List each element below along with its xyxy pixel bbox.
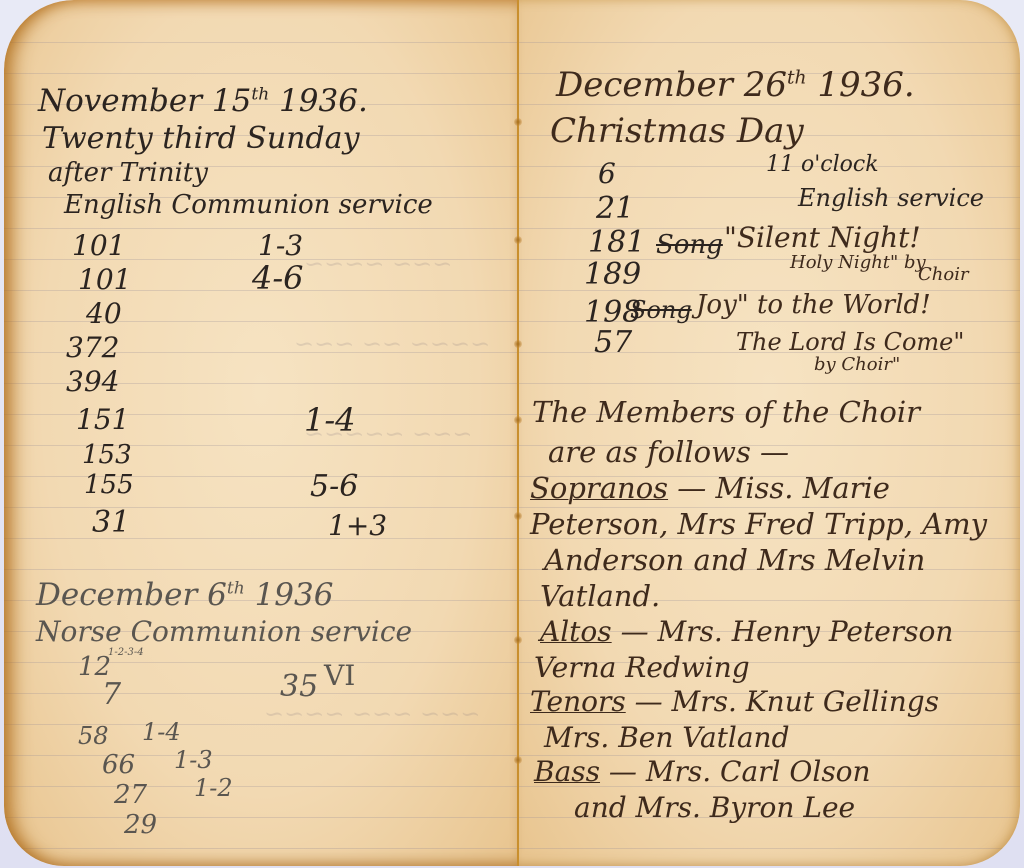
choir-bass: Bass — Mrs. Carl Olson [534,758,871,786]
hymn-verses: 1-2-3-4 [108,648,144,658]
stitch-hole [514,416,522,424]
stitch-hole [514,340,522,348]
spine-thread [517,0,519,866]
hymn-number: 58 [78,724,109,748]
stitch-hole [514,636,522,644]
open-notebook: ~~~ ~~~~ ~~~~ ~~ ~~~ ~~~ ~~~~~ ~~~ ~~~ ~… [4,0,1020,866]
date-text: December 6 [36,577,227,613]
date-suffix: th [251,85,269,105]
hymn-number: 27 [114,782,147,808]
hymn-number: 31 [92,508,130,538]
bleed-through-text: ~~~ ~~~ ~~~~ [264,700,480,728]
song-performer: by Choir" [814,356,900,374]
hymn-verses: 4-6 [252,262,304,294]
left-page: ~~~ ~~~~ ~~~~ ~~ ~~~ ~~~ ~~~~~ ~~~ ~~~ ~… [4,0,518,866]
voice-part-label: Sopranos [530,471,668,505]
hymn-number: 189 [584,260,641,290]
date-year: 1936 [255,577,334,613]
hymn-number: 394 [66,368,119,396]
service-time: 11 o'clock [766,154,879,176]
date-text: December 26 [556,65,787,105]
hymn-verses: 1-3 [174,748,213,772]
hymn-verses: 1-4 [304,404,356,436]
song-title: "Silent Night! [724,224,921,252]
hymn-number: 155 [84,472,134,498]
hymn-verses: 1-3 [258,232,303,260]
hymn-verses: 5-6 [310,472,358,502]
hymn-number: 151 [76,406,129,434]
voice-part-label: Altos [540,615,612,648]
member-names: — Mrs. Knut Gellings [635,685,939,718]
choir-sopranos-2: Peterson, Mrs Fred Tripp, Amy [530,510,987,539]
hymn-number: 101 [72,232,125,260]
hymn-number: 101 [78,266,131,294]
choir-tenors: Tenors — Mrs. Knut Gellings [530,688,939,716]
entry-date-nov-15: November 15th 1936. [38,86,368,117]
song-title-continued: Holy Night" by [790,254,926,272]
choir-intro-2: are as follows — [548,438,789,467]
song-subtitle: The Lord Is Come" [736,330,964,354]
stitch-hole [514,512,522,520]
song-title: Joy" to the World! [696,292,931,318]
song-label-struck: Song [630,298,692,322]
entry-title: Christmas Day [550,114,804,148]
date-suffix: th [787,68,807,89]
entry-subtitle-2: after Trinity [48,160,208,186]
hymn-number: 57 [594,328,632,358]
member-names: — Miss. Marie [677,471,890,505]
service-type: English Communion service [64,192,433,218]
entry-date-dec-26: December 26th 1936. [556,68,915,102]
date-suffix: th [227,579,245,599]
date-text: November 15 [38,83,251,119]
choir-sopranos-3: Anderson and Mrs Melvin [544,546,925,575]
choir-bass-2: and Mrs. Byron Lee [574,794,855,822]
stitch-hole [514,236,522,244]
hymn-number: 7 [102,680,121,710]
hymn-number: 29 [124,812,157,838]
service-type: English service [798,186,984,210]
date-year: 1936. [817,65,914,105]
hymn-verses: 1+3 [328,512,387,540]
hymn-verses: 1-4 [142,720,181,744]
hymn-number: 153 [82,442,132,468]
entry-date-dec-6: December 6th 1936 [36,580,333,611]
choir-altos-2: Verna Redwing [534,654,750,682]
stitch-hole [514,756,522,764]
choir-tenors-2: Mrs. Ben Vatland [544,724,790,752]
hymn-number: 6 [598,160,616,188]
hymn-number: 372 [66,334,119,362]
choir-sopranos: Sopranos — Miss. Marie [530,474,890,503]
song-label-struck: Song [656,232,723,258]
hymn-verses: 1-2 [194,776,233,800]
bleed-through-text: ~~~ ~~~~ [304,250,452,278]
hymn-number: 66 [102,752,135,778]
entry-subtitle: Twenty third Sunday [42,124,360,154]
member-names: — Mrs. Henry Peterson [621,615,954,648]
hymn-verses: VI [324,662,355,690]
choir-intro: The Members of the Choir [532,398,920,427]
song-performer: Choir [918,266,969,284]
hymn-number: 181 [588,228,645,258]
voice-part-label: Tenors [530,685,626,718]
hymn-number: 21 [596,194,634,224]
stitch-hole [514,118,522,126]
hymn-number: 40 [86,300,122,328]
choir-altos: Altos — Mrs. Henry Peterson [540,618,953,646]
choir-sopranos-4: Vatland. [540,582,660,611]
voice-part-label: Bass [534,755,600,788]
member-names: — Mrs. Carl Olson [609,755,871,788]
bleed-through-text: ~~~~ ~~ ~~~ [294,330,490,358]
right-page: December 26th 1936. Christmas Day 11 o'c… [518,0,1020,866]
date-year: 1936. [279,83,368,119]
hymn-number: 35 [280,672,318,702]
service-type: Norse Communion service [36,618,412,646]
